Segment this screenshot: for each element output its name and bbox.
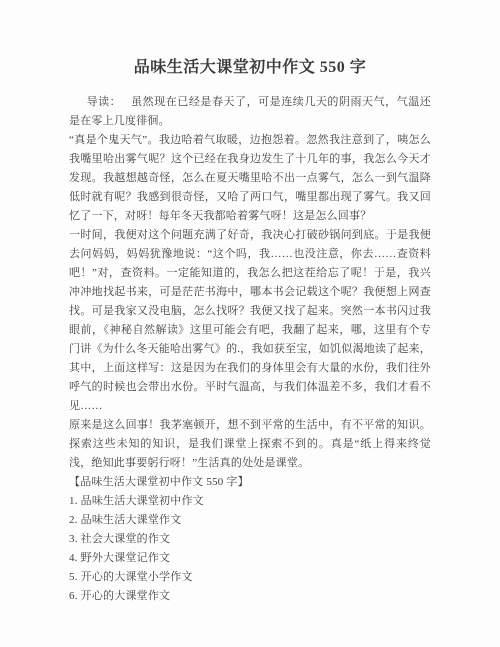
related-item-number: 6. xyxy=(69,590,78,602)
related-item-number: 1. xyxy=(69,495,78,507)
section-header: 【品味生活大课堂初中作文 550 字】 xyxy=(69,473,431,492)
related-item-title: 社会大课堂的作文 xyxy=(81,533,171,545)
related-item: 5.开心的大课堂小学作文 xyxy=(69,568,431,587)
document-page: 品味生活大课堂初中作文 550 字 导读：虽然现在已经是春天了，可是连续几天的阴… xyxy=(0,0,500,647)
related-item: 4.野外大课堂记作文 xyxy=(69,549,431,568)
intro-label: 导读： xyxy=(87,96,122,108)
related-item: 1.品味生活大课堂初中作文 xyxy=(69,492,431,511)
body-paragraph: 一时间，我便对这个问题充满了好奇，我决心打破砂锅问到底。于是我便去问妈妈，妈妈犹… xyxy=(69,226,431,416)
body-paragraph: “真是个鬼天气”。我边哈着气取暖，边抱怨着。忽然我注意到了，咦怎么我嘴里哈出雾气… xyxy=(69,131,431,226)
related-item-title: 品味生活大课堂初中作文 xyxy=(81,495,204,507)
intro-paragraph: 导读：虽然现在已经是春天了，可是连续几天的阴雨天气，气温还是在零上几度徘徊。 xyxy=(69,93,431,131)
related-list: 1.品味生活大课堂初中作文 2.品味生活大课堂作文 3.社会大课堂的作文 4.野… xyxy=(69,492,431,606)
related-item-title: 开心的大课堂作文 xyxy=(81,590,171,602)
related-item-number: 2. xyxy=(69,514,78,526)
document-title: 品味生活大课堂初中作文 550 字 xyxy=(0,0,500,80)
related-item: 3.社会大课堂的作文 xyxy=(69,530,431,549)
related-item-title: 开心的大课堂小学作文 xyxy=(81,571,193,583)
related-item: 2.品味生活大课堂作文 xyxy=(69,511,431,530)
related-item: 6.开心的大课堂作文 xyxy=(69,587,431,606)
related-item-title: 品味生活大课堂作文 xyxy=(81,514,182,526)
related-item-title: 野外大课堂记作文 xyxy=(81,552,171,564)
related-item-number: 3. xyxy=(69,533,78,545)
document-body: 导读：虽然现在已经是春天了，可是连续几天的阴雨天气，气温还是在零上几度徘徊。 “… xyxy=(69,93,431,606)
body-paragraph: 原来是这么回事！我茅塞顿开，想不到平常的生活中，有不平常的知识。探索这些未知的知… xyxy=(69,416,431,473)
related-item-number: 4. xyxy=(69,552,78,564)
intro-text: 虽然现在已经是春天了，可是连续几天的阴雨天气，气温还是在零上几度徘徊。 xyxy=(69,96,431,127)
related-item-number: 5. xyxy=(69,571,78,583)
